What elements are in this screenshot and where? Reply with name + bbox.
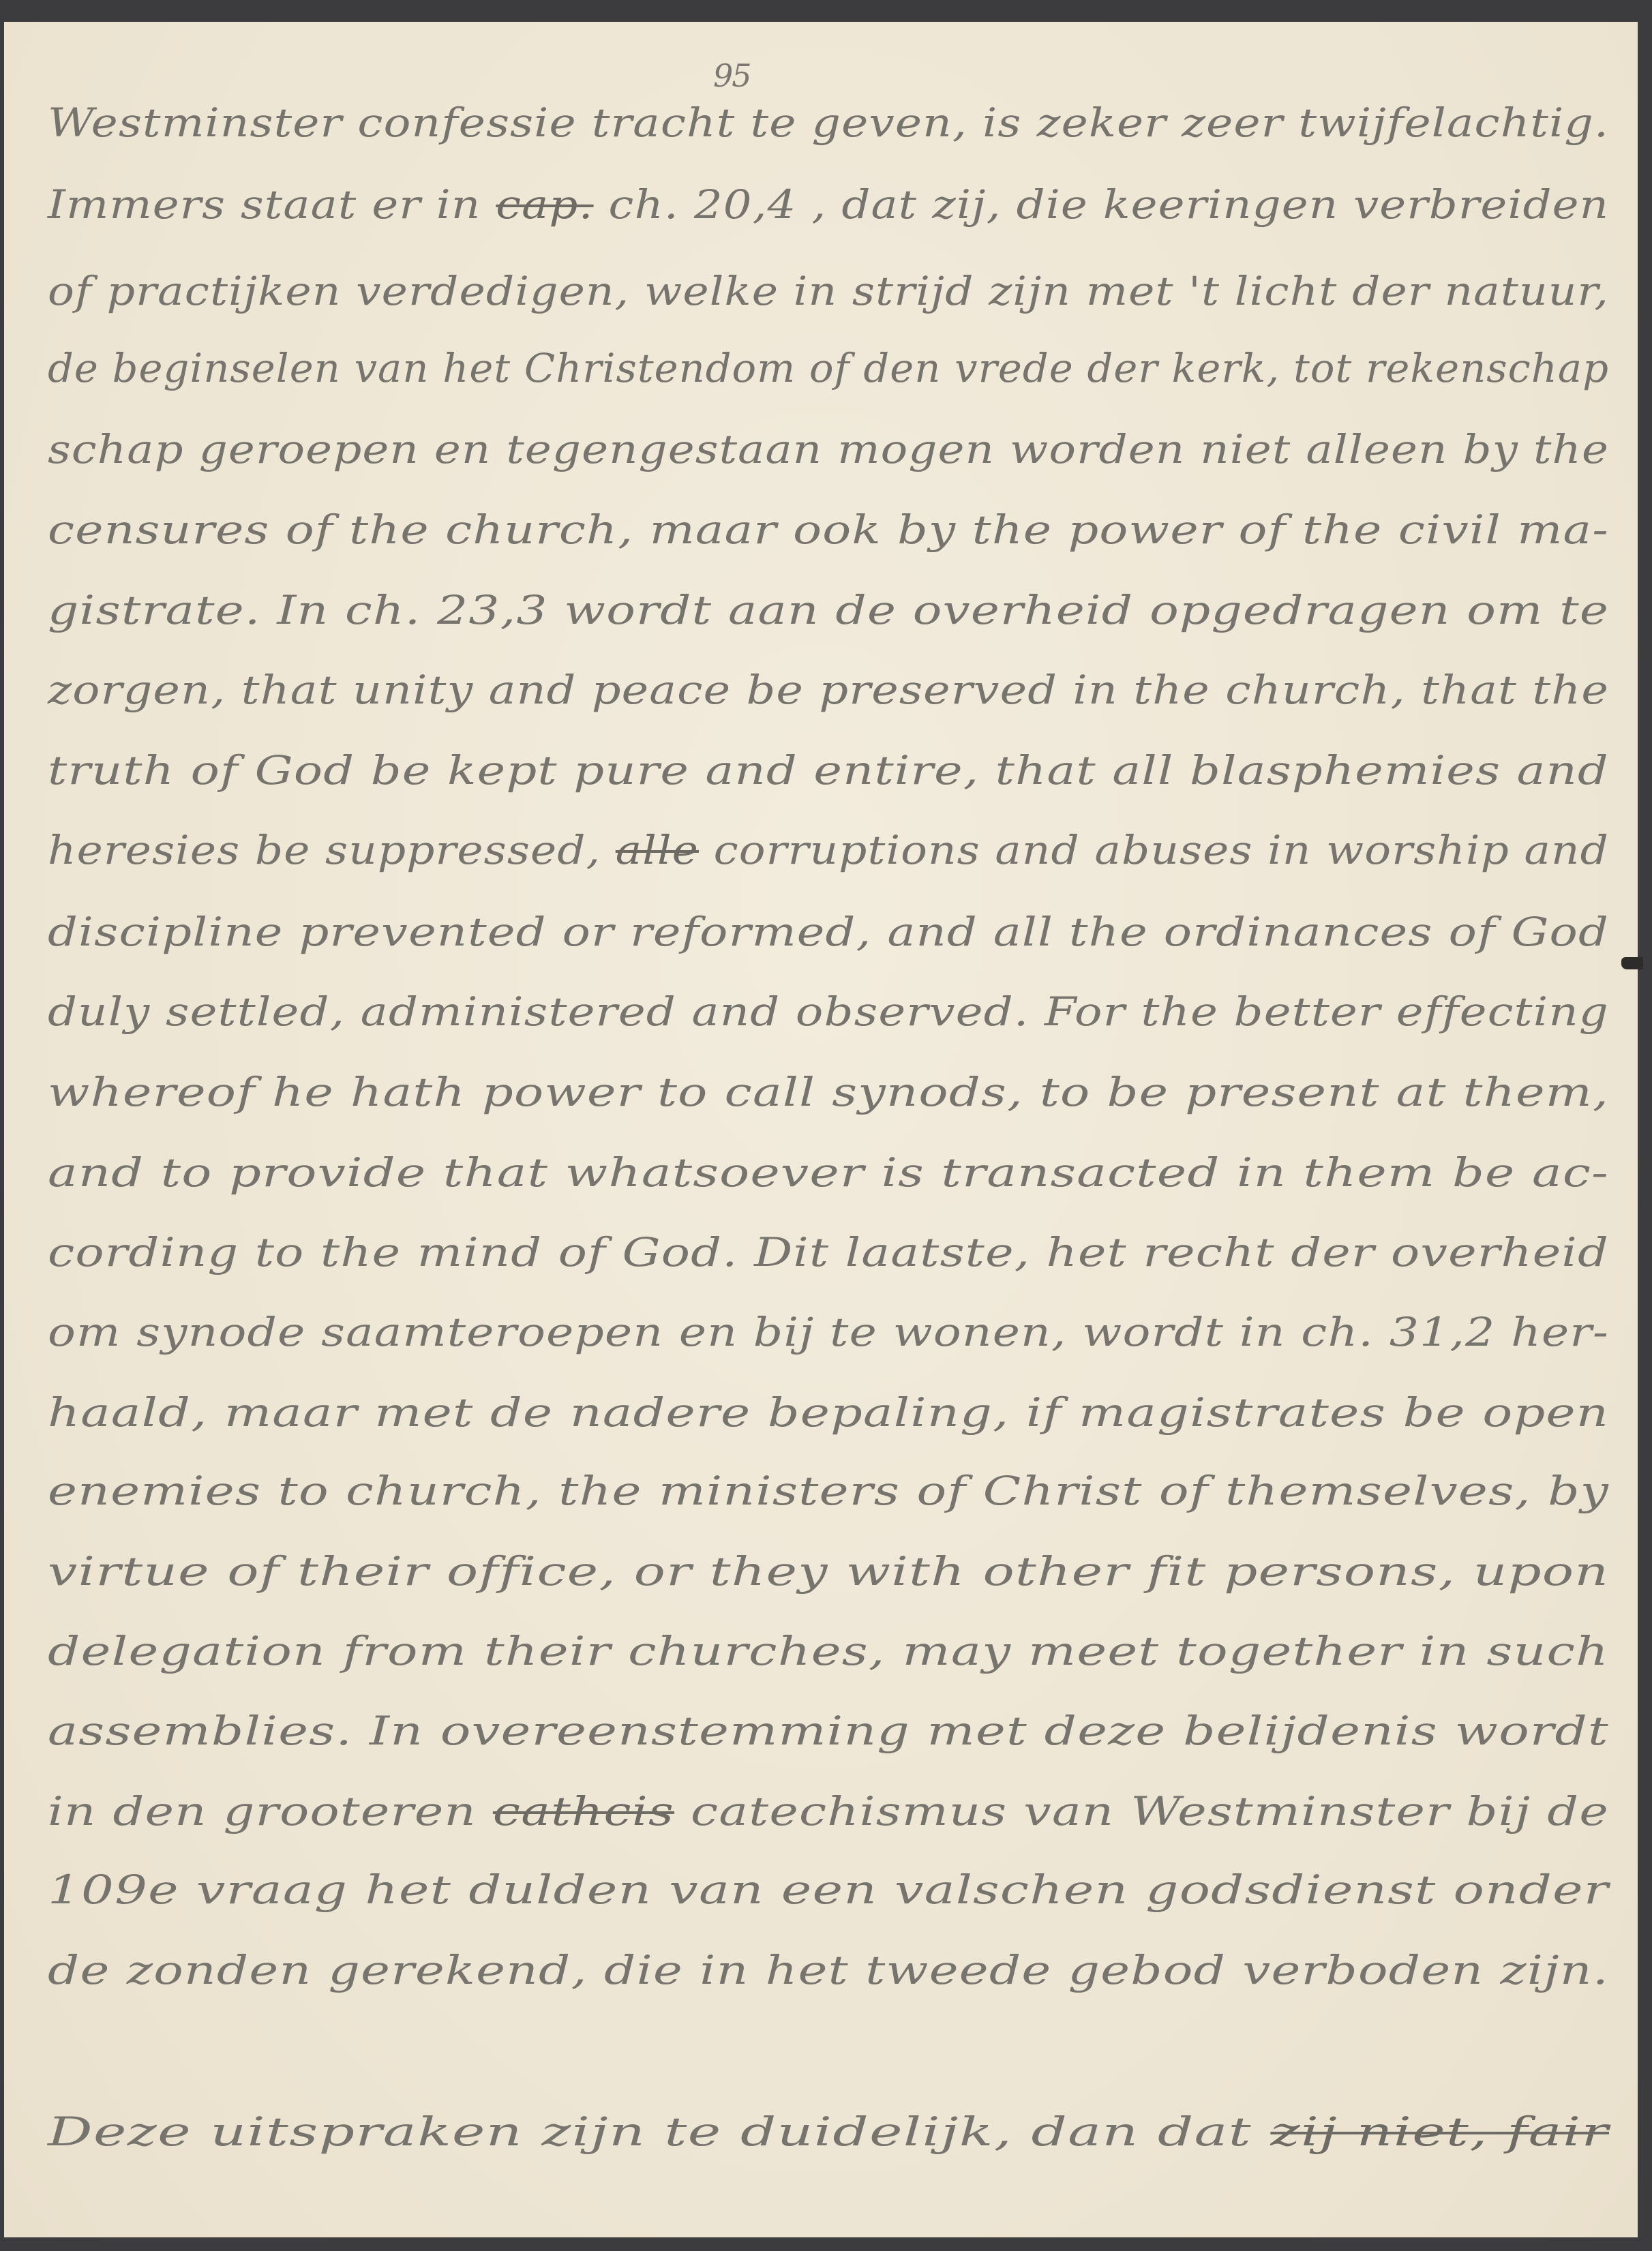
text-line-7: gistrate. In ch. 23,3 wordt aan de overh… (48, 583, 1609, 637)
text-line-15: cording to the mind of God. Dit laatste,… (48, 1225, 1609, 1280)
text-line-21: assemblies. In overeenstemming met deze … (48, 1704, 1609, 1758)
text-line-6: censures of the church, maar ook by the … (48, 502, 1609, 557)
text-line-4: de beginselen van het Christendom of den… (48, 341, 1609, 395)
page-number: 95 (713, 57, 751, 94)
text-line-8: zorgen, that unity and peace be preserve… (48, 663, 1609, 717)
text-line-5: schap geroepen en tegengestaan mogen wor… (48, 422, 1609, 477)
strikethrough-text: cap. (496, 181, 593, 228)
strikethrough-text: zij niet, fair (1270, 2109, 1609, 2155)
text-line-13: whereof he hath power to call synods, to… (48, 1065, 1609, 1119)
text-line-10: heresies be suppressed, alle corruptions… (48, 823, 1609, 877)
text-line-11: discipline prevented or reformed, and al… (48, 905, 1609, 959)
text-line-24: de zonden gerekend, die in het tweede ge… (48, 1943, 1609, 1997)
text-line-25: Deze uitspraken zijn te duidelijk, dan d… (48, 2104, 1609, 2159)
text-line-9: truth of God be kept pure and entire, th… (48, 743, 1609, 798)
text-line-17: haald, maar met de nadere bepaling, if m… (48, 1385, 1609, 1440)
text-line-12: duly settled, administered and observed.… (48, 984, 1609, 1039)
strikethrough-text: alle (616, 827, 699, 873)
text-line-20: delegation from their churches, may meet… (48, 1624, 1609, 1678)
text-line-1: Westminster confessie tracht te geven, i… (48, 95, 1609, 150)
text-line-23: 109e vraag het dulden van een valschen g… (48, 1862, 1609, 1917)
text-line-18: enemies to church, the ministers of Chri… (48, 1464, 1609, 1518)
text-line-14: and to provide that whatsoever is transa… (48, 1145, 1609, 1200)
text-line-16: om synode saamteroepen en bij te wonen, … (48, 1305, 1609, 1359)
text-line-19: virtue of their office, or they with oth… (48, 1544, 1609, 1599)
strikethrough-text: cathcis (493, 1788, 674, 1834)
text-line-3: of practijken verdedigen, welke in strij… (48, 264, 1609, 318)
text-line-22: in den grooteren cathcis catechismus van… (48, 1784, 1609, 1839)
paper-edge-tear (1621, 957, 1643, 969)
text-line-2: Immers staat er in cap. ch. 20,4 , dat z… (48, 177, 1609, 232)
